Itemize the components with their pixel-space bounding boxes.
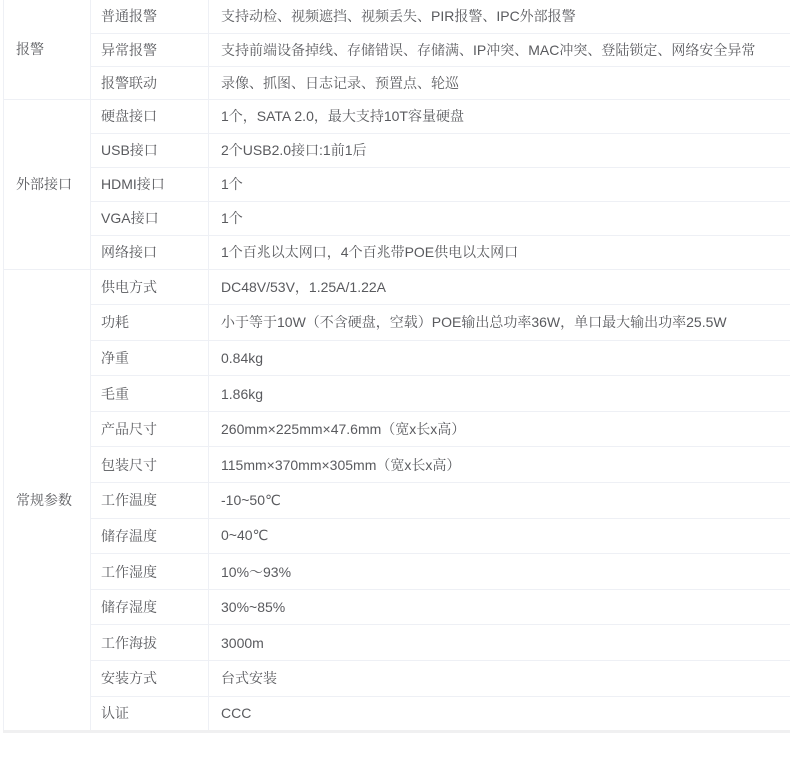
spec-value-cell: 115mm×370mm×305mm（宽x长x高） [209,447,790,483]
spec-value-cell: 260mm×225mm×47.6mm（宽x长x高） [209,411,790,447]
spec-name-cell: VGA接口 [91,201,209,235]
spec-name-cell: 储存湿度 [91,589,209,625]
spec-name-cell: 网络接口 [91,235,209,269]
spec-value-cell: 1个百兆以太网口，4个百兆带POE供电以太网口 [209,235,790,269]
spec-name-cell: 报警联动 [91,66,209,99]
spec-name-cell: 硬盘接口 [91,99,209,133]
spec-value-cell: 支持动检、视频遮挡、视频丢失、PIR报警、IPC外部报警 [209,0,790,33]
category-cell-alarm: 报警 [4,0,91,99]
spec-name-cell: HDMI接口 [91,167,209,201]
table-row: 储存湿度 30%~85% [4,589,790,625]
spec-name-cell: 净重 [91,340,209,376]
spec-name-cell: 工作湿度 [91,554,209,590]
table-row: 认证 CCC [4,696,790,732]
spec-name-cell: 产品尺寸 [91,411,209,447]
table-row: HDMI接口 1个 [4,167,790,201]
spec-value-cell: 30%~85% [209,589,790,625]
table-row: 报警 普通报警 支持动检、视频遮挡、视频丢失、PIR报警、IPC外部报警 [4,0,790,33]
table-row: 毛重 1.86kg [4,376,790,412]
table-row: 工作温度 -10~50℃ [4,483,790,519]
category-cell-external-interface: 外部接口 [4,99,91,269]
spec-value-cell: DC48V/53V，1.25A/1.22A [209,269,790,305]
spec-name-cell: 异常报警 [91,33,209,66]
spec-name-cell: 包装尺寸 [91,447,209,483]
table-row: 报警联动 录像、抓图、日志记录、预置点、轮巡 [4,66,790,99]
spec-value-cell: 1.86kg [209,376,790,412]
spec-value-cell: 台式安装 [209,661,790,697]
table-row: 常规参数 供电方式 DC48V/53V，1.25A/1.22A [4,269,790,305]
spec-name-cell: 工作温度 [91,483,209,519]
spec-value-cell: 支持前端设备掉线、存储错误、存储满、IP冲突、MAC冲突、登陆锁定、网络安全异常 [209,33,790,66]
spec-value-cell: 3000m [209,625,790,661]
table-row: 净重 0.84kg [4,340,790,376]
table-row: 外部接口 硬盘接口 1个，SATA 2.0，最大支持10T容量硬盘 [4,99,790,133]
spec-value-cell: 2个USB2.0接口:1前1后 [209,133,790,167]
spec-value-cell: -10~50℃ [209,483,790,519]
table-row: 异常报警 支持前端设备掉线、存储错误、存储满、IP冲突、MAC冲突、登陆锁定、网… [4,33,790,66]
spec-name-cell: 普通报警 [91,0,209,33]
table-row: 工作海拔 3000m [4,625,790,661]
spec-name-cell: 供电方式 [91,269,209,305]
table-row: VGA接口 1个 [4,201,790,235]
spec-table: 报警 普通报警 支持动检、视频遮挡、视频丢失、PIR报警、IPC外部报警 异常报… [3,0,790,733]
spec-name-cell: 工作海拔 [91,625,209,661]
spec-name-cell: 储存温度 [91,518,209,554]
table-row: 储存温度 0~40℃ [4,518,790,554]
spec-name-cell: 认证 [91,696,209,732]
spec-value-cell: CCC [209,696,790,732]
spec-value-cell: 0.84kg [209,340,790,376]
spec-name-cell: 毛重 [91,376,209,412]
table-row: 工作湿度 10%～93% [4,554,790,590]
table-row: 网络接口 1个百兆以太网口，4个百兆带POE供电以太网口 [4,235,790,269]
spec-value-cell: 0~40℃ [209,518,790,554]
spec-name-cell: 功耗 [91,305,209,341]
table-row: 包装尺寸 115mm×370mm×305mm（宽x长x高） [4,447,790,483]
spec-name-cell: USB接口 [91,133,209,167]
table-row: USB接口 2个USB2.0接口:1前1后 [4,133,790,167]
spec-value-cell: 小于等于10W（不含硬盘，空载）POE输出总功率36W，单口最大输出功率25.5… [209,305,790,341]
table-row: 功耗 小于等于10W（不含硬盘，空载）POE输出总功率36W，单口最大输出功率2… [4,305,790,341]
table-row: 安装方式 台式安装 [4,661,790,697]
spec-value-cell: 1个 [209,167,790,201]
spec-name-cell: 安装方式 [91,661,209,697]
spec-value-cell: 1个，SATA 2.0，最大支持10T容量硬盘 [209,99,790,133]
spec-value-cell: 录像、抓图、日志记录、预置点、轮巡 [209,66,790,99]
spec-value-cell: 1个 [209,201,790,235]
table-row: 产品尺寸 260mm×225mm×47.6mm（宽x长x高） [4,411,790,447]
category-cell-general-parameters: 常规参数 [4,269,91,732]
spec-value-cell: 10%～93% [209,554,790,590]
